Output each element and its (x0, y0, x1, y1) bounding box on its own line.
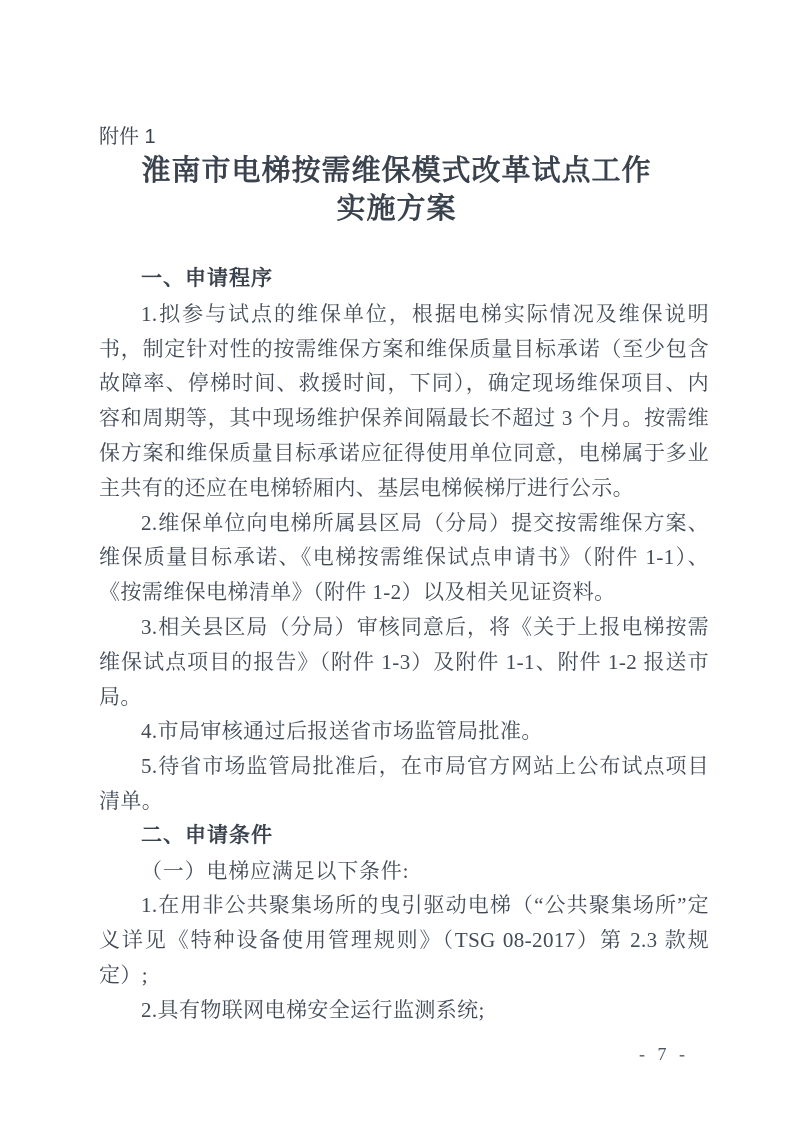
title-line-2: 实施方案 (42, 190, 751, 228)
attachment-label: 附件 1 (99, 0, 793, 151)
page-number: - 7 - (639, 1044, 689, 1065)
paragraph: 2.具有物联网电梯安全运行监测系统; (99, 993, 709, 1028)
paragraph: 1.拟参与试点的维保单位，根据电梯实际情况及维保说明书，制定针对性的按需维保方案… (99, 297, 709, 506)
paragraph: 4.市局审核通过后报送省市场监管局批准。 (99, 714, 709, 749)
document-title: 淮南市电梯按需维保模式改革试点工作 实施方案 (42, 152, 751, 228)
document-body: 一、申请程序1.拟参与试点的维保单位，根据电梯实际情况及维保说明书，制定针对性的… (0, 262, 793, 1028)
section-heading: 一、申请程序 (99, 262, 709, 297)
paragraph: 2.维保单位向电梯所属县区局（分局）提交按需维保方案、维保质量目标承诺、《电梯按… (99, 506, 709, 610)
paragraph: （一）电梯应满足以下条件: (99, 854, 709, 889)
section-heading: 二、申请条件 (99, 819, 709, 854)
paragraph: 3.相关县区局（分局）审核同意后，将《关于上报电梯按需维保试点项目的报告》（附件… (99, 610, 709, 714)
document-page: 附件 1 淮南市电梯按需维保模式改革试点工作 实施方案 一、申请程序1.拟参与试… (0, 0, 793, 1123)
paragraph: 5.待省市场监管局批准后，在市局官方网站上公布试点项目清单。 (99, 749, 709, 819)
title-line-1: 淮南市电梯按需维保模式改革试点工作 (42, 152, 751, 190)
paragraph: 1.在用非公共聚集场所的曳引驱动电梯（“公共聚集场所”定义详见《特种设备使用管理… (99, 888, 709, 992)
